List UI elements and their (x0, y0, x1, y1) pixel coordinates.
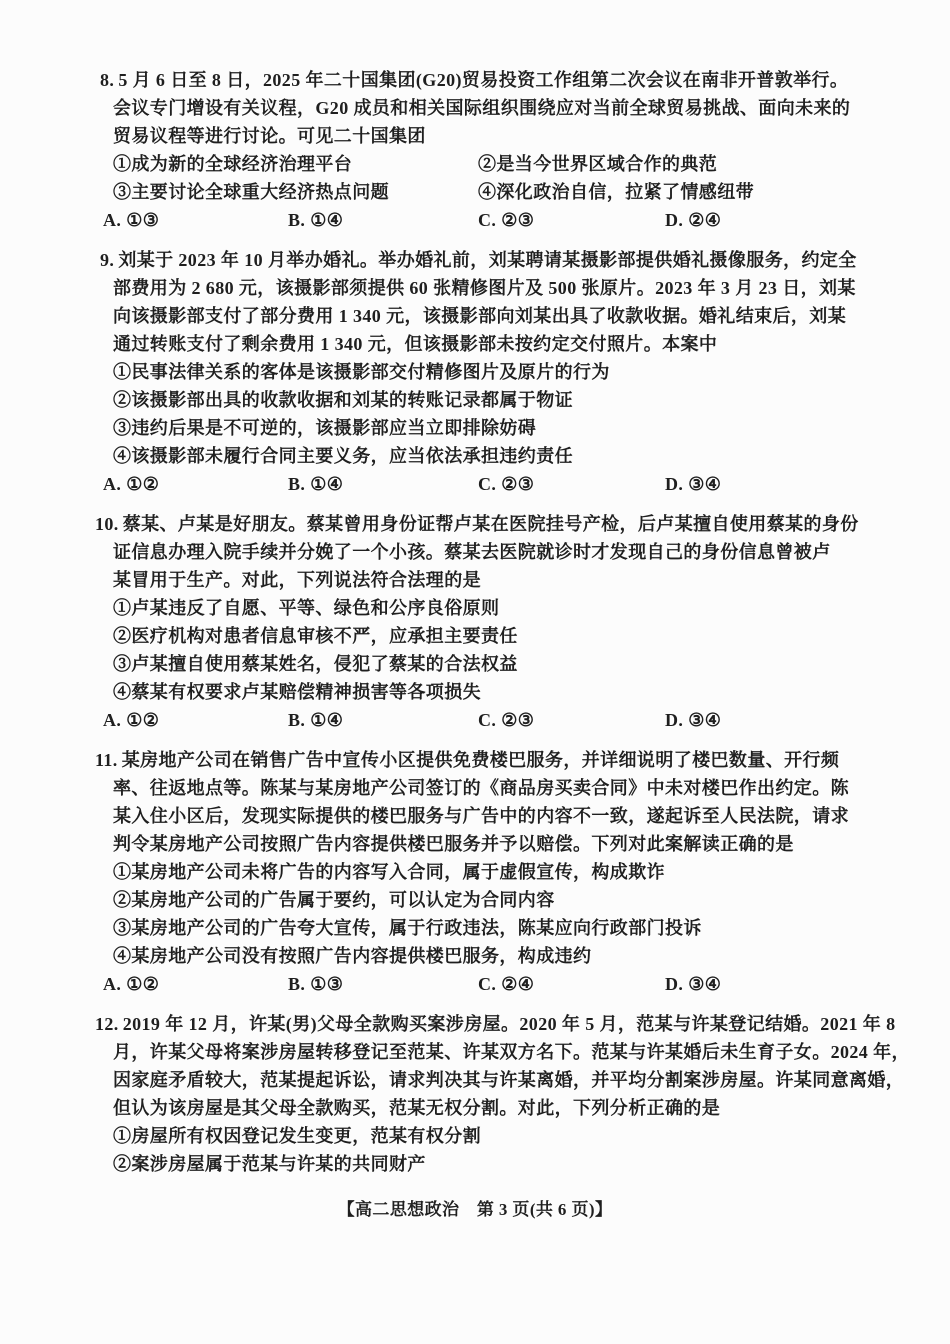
question-12: 12.2019 年 12 月，许某(男)父母全款购买案涉房屋。2020 年 5 … (95, 1010, 895, 1178)
question-number: 11. (95, 750, 118, 770)
stem-line: 但认为该房屋是其父母全款购买，范某无权分割。对此，下列分析正确的是 (95, 1094, 895, 1122)
statement-2: ②案涉房屋属于范某与许某的共同财产 (95, 1150, 895, 1178)
statement-row: ①成为新的全球经济治理平台②是当今世界区域合作的典范 (95, 150, 895, 178)
stem-line: 证信息办理入院手续并分娩了一个小孩。蔡某去医院就诊时才发现自己的身份信息曾被卢 (95, 538, 895, 566)
statement-4: ④该摄影部未履行合同主要义务，应当依法承担违约责任 (95, 442, 895, 470)
exam-body: 8.5 月 6 日至 8 日，2025 年二十国集团(G20)贸易投资工作组第二… (95, 66, 895, 1190)
stem-line: 8.5 月 6 日至 8 日，2025 年二十国集团(G20)贸易投资工作组第二… (95, 66, 895, 94)
question-number: 9. (100, 250, 114, 270)
choice-a: A. ①③ (103, 206, 159, 234)
statement-1: ①房屋所有权因登记发生变更，范某有权分割 (95, 1122, 895, 1150)
question-9: 9.刘某于 2023 年 10 月举办婚礼。举办婚礼前，刘某聘请某摄影部提供婚礼… (95, 246, 895, 498)
stem-line: 通过转账支付了剩余费用 1 340 元，但该摄影部未按约定交付照片。本案中 (95, 330, 895, 358)
question-number: 12. (95, 1014, 119, 1034)
statement-row: ③主要讨论全球重大经济热点问题④深化政治自信，拉紧了情感纽带 (95, 178, 895, 206)
choice-d: D. ②④ (665, 206, 721, 234)
statement-3: ③违约后果是不可逆的，该摄影部应当立即排除妨碍 (95, 414, 895, 442)
question-10: 10.蔡某、卢某是好朋友。蔡某曾用身份证帮卢某在医院挂号产检，后卢某擅自使用蔡某… (95, 510, 895, 734)
choice-a: A. ①② (103, 706, 159, 734)
stem-text: 2019 年 12 月，许某(男)父母全款购买案涉房屋。2020 年 5 月，范… (123, 1014, 896, 1034)
choices-row: A. ①② B. ①④ C. ②③ D. ③④ (95, 470, 895, 498)
stem-line: 9.刘某于 2023 年 10 月举办婚礼。举办婚礼前，刘某聘请某摄影部提供婚礼… (95, 246, 895, 274)
stem-line: 某入住小区后，发现实际提供的楼巴服务与广告中的内容不一致，遂起诉至人民法院，请求 (95, 802, 895, 830)
choice-b: B. ①③ (288, 970, 343, 998)
choices-row: A. ①③ B. ①④ C. ②③ D. ②④ (95, 206, 895, 234)
statement-3: ③主要讨论全球重大经济热点问题 (113, 182, 389, 202)
choice-c: C. ②③ (478, 206, 534, 234)
statement-4: ④某房地产公司没有按照广告内容提供楼巴服务，构成违约 (95, 942, 895, 970)
stem-line: 部费用为 2 680 元，该摄影部须提供 60 张精修图片及 500 张原片。2… (95, 274, 895, 302)
statement-1: ①成为新的全球经济治理平台 (113, 154, 352, 174)
stem-line: 某冒用于生产。对此，下列说法符合法理的是 (95, 566, 895, 594)
stem-line: 贸易议程等进行讨论。可见二十国集团 (95, 122, 895, 150)
stem-line: 月，许某父母将案涉房屋转移登记至范某、许某双方名下。范某与许某婚后未生育子女。2… (95, 1038, 895, 1066)
stem-text: 某房地产公司在销售广告中宣传小区提供免费楼巴服务，并详细说明了楼巴数量、开行频 (122, 750, 840, 770)
statement-2: ②该摄影部出具的收款收据和刘某的转账记录都属于物证 (95, 386, 895, 414)
choices-row: A. ①② B. ①③ C. ②④ D. ③④ (95, 970, 895, 998)
choice-b: B. ①④ (288, 470, 343, 498)
statement-3: ③卢某擅自使用蔡某姓名，侵犯了蔡某的合法权益 (95, 650, 895, 678)
choice-b: B. ①④ (288, 206, 343, 234)
statement-2: ②某房地产公司的广告属于要约，可以认定为合同内容 (95, 886, 895, 914)
stem-line: 因家庭矛盾较大，范某提起诉讼，请求判决其与许某离婚，并平均分割案涉房屋。许某同意… (95, 1066, 895, 1094)
statement-4: ④蔡某有权要求卢某赔偿精神损害等各项损失 (95, 678, 895, 706)
statement-3: ③某房地产公司的广告夸大宣传，属于行政违法，陈某应向行政部门投诉 (95, 914, 895, 942)
choice-c: C. ②③ (478, 470, 534, 498)
choice-a: A. ①② (103, 470, 159, 498)
stem-text: 蔡某、卢某是好朋友。蔡某曾用身份证帮卢某在医院挂号产检，后卢某擅自使用蔡某的身份 (123, 514, 859, 534)
page-footer: 【高二思想政治 第 3 页(共 6 页)】 (0, 1196, 950, 1224)
stem-text: 5 月 6 日至 8 日，2025 年二十国集团(G20)贸易投资工作组第二次会… (118, 70, 848, 90)
choice-d: D. ③④ (665, 970, 721, 998)
choice-d: D. ③④ (665, 470, 721, 498)
statement-1: ①某房地产公司未将广告的内容写入合同，属于虚假宣传，构成欺诈 (95, 858, 895, 886)
statement-2: ②医疗机构对患者信息审核不严，应承担主要责任 (95, 622, 895, 650)
choice-b: B. ①④ (288, 706, 343, 734)
choice-a: A. ①② (103, 970, 159, 998)
stem-line: 率、往返地点等。陈某与某房地产公司签订的《商品房买卖合同》中未对楼巴作出约定。陈 (95, 774, 895, 802)
stem-line: 会议专门增设有关议程，G20 成员和相关国际组织围绕应对当前全球贸易挑战、面向未… (95, 94, 895, 122)
choices-row: A. ①② B. ①④ C. ②③ D. ③④ (95, 706, 895, 734)
stem-text: 刘某于 2023 年 10 月举办婚礼。举办婚礼前，刘某聘请某摄影部提供婚礼摄像… (118, 250, 856, 270)
stem-line: 10.蔡某、卢某是好朋友。蔡某曾用身份证帮卢某在医院挂号产检，后卢某擅自使用蔡某… (95, 510, 895, 538)
question-11: 11.某房地产公司在销售广告中宣传小区提供免费楼巴服务，并详细说明了楼巴数量、开… (95, 746, 895, 998)
scanned-exam-page: 8.5 月 6 日至 8 日，2025 年二十国集团(G20)贸易投资工作组第二… (0, 0, 950, 1344)
statement-1: ①卢某违反了自愿、平等、绿色和公序良俗原则 (95, 594, 895, 622)
question-8: 8.5 月 6 日至 8 日，2025 年二十国集团(G20)贸易投资工作组第二… (95, 66, 895, 234)
stem-line: 11.某房地产公司在销售广告中宣传小区提供免费楼巴服务，并详细说明了楼巴数量、开… (95, 746, 895, 774)
statement-4: ④深化政治自信，拉紧了情感纽带 (478, 178, 754, 206)
question-number: 8. (100, 70, 114, 90)
stem-line: 判令某房地产公司按照广告内容提供楼巴服务并予以赔偿。下列对此案解读正确的是 (95, 830, 895, 858)
page-footer-text: 【高二思想政治 第 3 页(共 6 页)】 (338, 1200, 613, 1219)
statement-1: ①民事法律关系的客体是该摄影部交付精修图片及原片的行为 (95, 358, 895, 386)
choice-d: D. ③④ (665, 706, 721, 734)
statement-2: ②是当今世界区域合作的典范 (478, 150, 717, 178)
stem-line: 12.2019 年 12 月，许某(男)父母全款购买案涉房屋。2020 年 5 … (95, 1010, 895, 1038)
question-number: 10. (95, 514, 119, 534)
choice-c: C. ②④ (478, 970, 534, 998)
stem-line: 向该摄影部支付了部分费用 1 340 元，该摄影部向刘某出具了收款收据。婚礼结束… (95, 302, 895, 330)
choice-c: C. ②③ (478, 706, 534, 734)
